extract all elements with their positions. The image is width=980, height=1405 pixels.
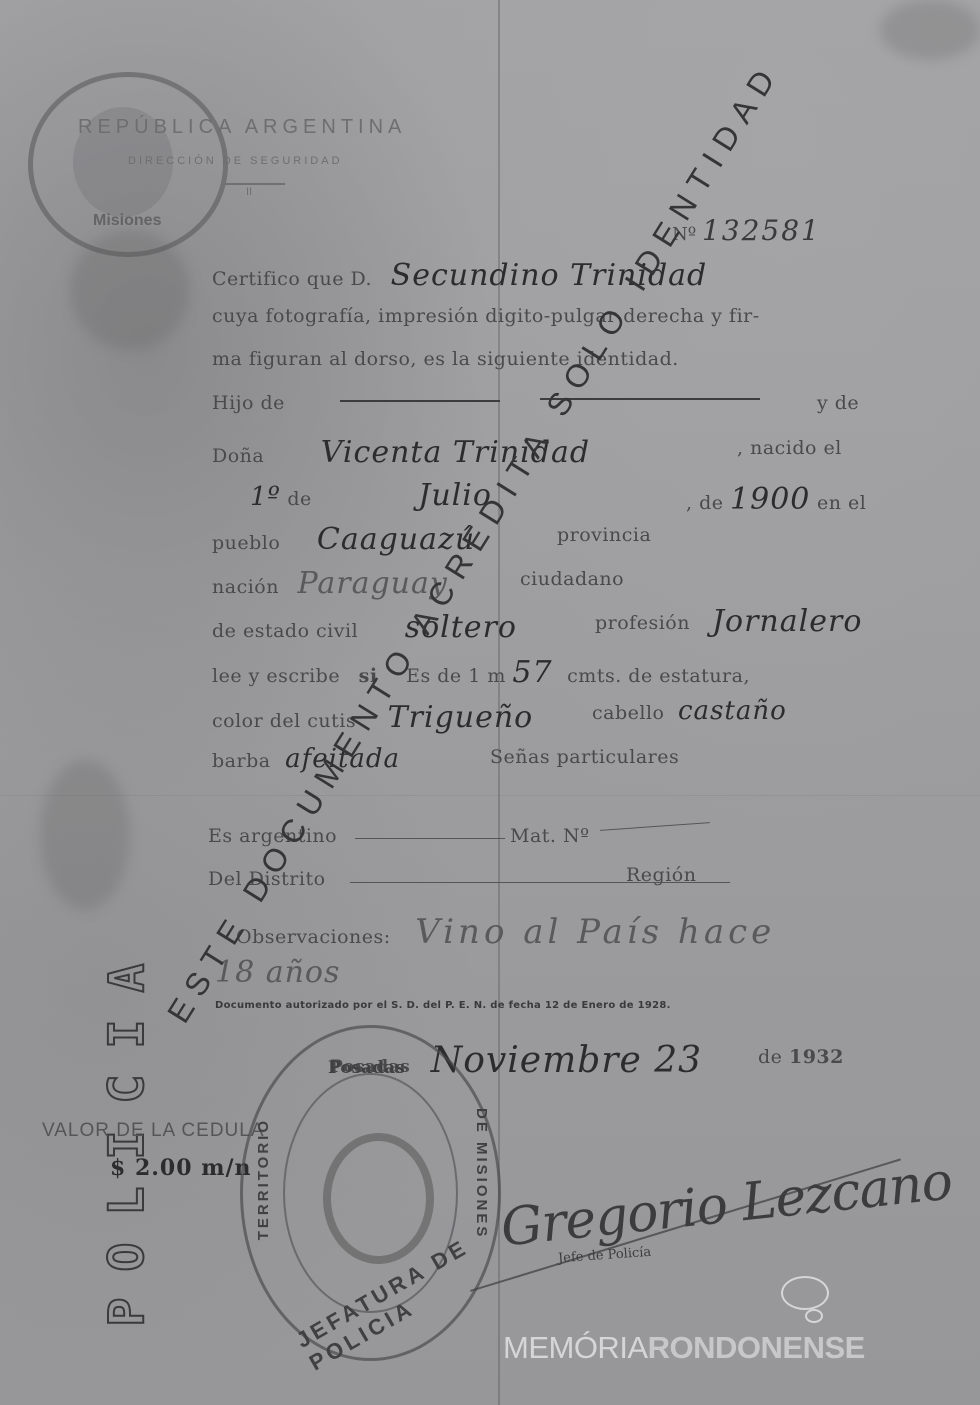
estado-civil-label: de estado civil (212, 620, 358, 642)
en-el-label: en el (817, 492, 866, 514)
header-subtitle-number: II (246, 186, 252, 198)
ciudadano-label: ciudadano (520, 568, 624, 590)
certifico-label: Certifico que D. (212, 268, 372, 290)
scanned-document: Misiones REPÚBLICA ARGENTINA DIRECCIÓN D… (0, 0, 980, 1405)
police-seal: Posadas TERRITORIO DE MISIONES JEFATURA … (240, 1025, 501, 1361)
mat-label: Mat. Nº (510, 825, 590, 847)
line-distrito: Del Distrito Región (208, 868, 868, 890)
observaciones-value-1: Vino al País hace (415, 912, 775, 952)
line-estado-civil: de estado civil soltero profesión Jornal… (212, 610, 872, 645)
coat-of-arms-icon (323, 1133, 434, 1264)
year-group: , de 1900 en el (686, 482, 866, 517)
cabello-label: cabello (592, 702, 664, 724)
perforation-stamp: AICILOP (92, 950, 172, 1340)
watermark-bubble-icon (781, 1276, 829, 1310)
distrito-strike (350, 882, 730, 883)
de-year-label: , de (686, 492, 724, 514)
fold-line-horizontal (0, 795, 980, 796)
serial-value: 132581 (702, 214, 821, 247)
nacion-label: nación (212, 576, 279, 598)
line-2: cuya fotografía, impresión digito-pulgar… (212, 305, 872, 327)
profesion-label: profesión (595, 612, 690, 634)
argentino-strike (355, 838, 505, 839)
line-nacion: nación Paraguay ciudadano (212, 566, 872, 601)
hijo-label: Hijo de (212, 392, 285, 414)
profesion-value: Jornalero (712, 604, 862, 639)
issue-month-day: Noviembre 23 (431, 1040, 702, 1081)
line-observaciones: Observaciones: Vino al País hace (236, 912, 896, 952)
stain (880, 0, 980, 60)
valor-amount: $ 2.00 m/n (110, 1155, 252, 1181)
barba-label: barba (212, 750, 271, 772)
line-certifico: Certifico que D. Secundino Trinidad (212, 258, 872, 293)
provincia-label: provincia (557, 524, 651, 546)
estatura-suffix: cmts. de estatura, (567, 665, 750, 687)
line-fecha: 1º de Julio , de 1900 en el (212, 478, 872, 513)
birth-day: 1º (250, 482, 281, 512)
line-pueblo: pueblo Caaguazú provincia (212, 522, 872, 557)
pueblo-label: pueblo (212, 532, 280, 554)
estatura-prefix: Es de 1 m (406, 665, 506, 687)
y-de-label: y de (817, 392, 859, 414)
perforated-letter: P (99, 1277, 155, 1347)
nacido-label: , nacido el (737, 437, 842, 459)
lee-escribe-label: lee y escribe (212, 665, 340, 687)
watermark-bubble-small-icon (805, 1309, 823, 1323)
line-3: ma figuran al dorso, es la siguiente ide… (212, 348, 872, 370)
seal-right-text: DE MISIONES (473, 1108, 490, 1239)
line-cutis: color del cutis Trigueño cabello castaño (212, 700, 872, 735)
cutis-value: Trigueño (388, 700, 534, 735)
valor-label: VALOR DE LA CEDULA (42, 1120, 265, 1142)
line-observaciones-2: 18 años (215, 955, 875, 990)
senas-label: Señas particulares (490, 746, 679, 768)
estatura-cm: 57 (512, 655, 552, 690)
issue-de-label: de (758, 1046, 782, 1068)
de-label: de (287, 488, 311, 510)
seal-label: Misiones (93, 212, 161, 230)
cabello-value: castaño (678, 696, 787, 726)
fine-print-authorization: Documento autorizado por el S. D. del P.… (215, 1000, 671, 1011)
seal-city: Posadas (328, 1058, 405, 1078)
watermark-logo: MEMÓRIARONDONENSE (503, 1330, 865, 1366)
seal-left-text: TERRITORIO (255, 1118, 272, 1240)
birth-year: 1900 (730, 482, 810, 517)
observaciones-label: Observaciones: (236, 926, 391, 948)
document-title: REPÚBLICA ARGENTINA (78, 116, 406, 139)
signature: Gregorio Lezcano (498, 1152, 955, 1259)
issue-year-group: de 1932 (758, 1046, 844, 1068)
dona-label: Doña (212, 445, 264, 467)
stain (40, 760, 130, 910)
watermark-bold-text: RONDONENSE (648, 1330, 865, 1365)
father-blank-rule (340, 400, 500, 402)
line-estatura: lee y escribe si Es de 1 m 57 cmts. de e… (212, 655, 872, 690)
watermark-light-text: MEMÓRIA (503, 1330, 648, 1365)
document-subtitle: DIRECCIÓN DE SEGURIDAD (128, 155, 343, 167)
issue-year: 1932 (789, 1046, 844, 1068)
header-rule (225, 183, 285, 185)
